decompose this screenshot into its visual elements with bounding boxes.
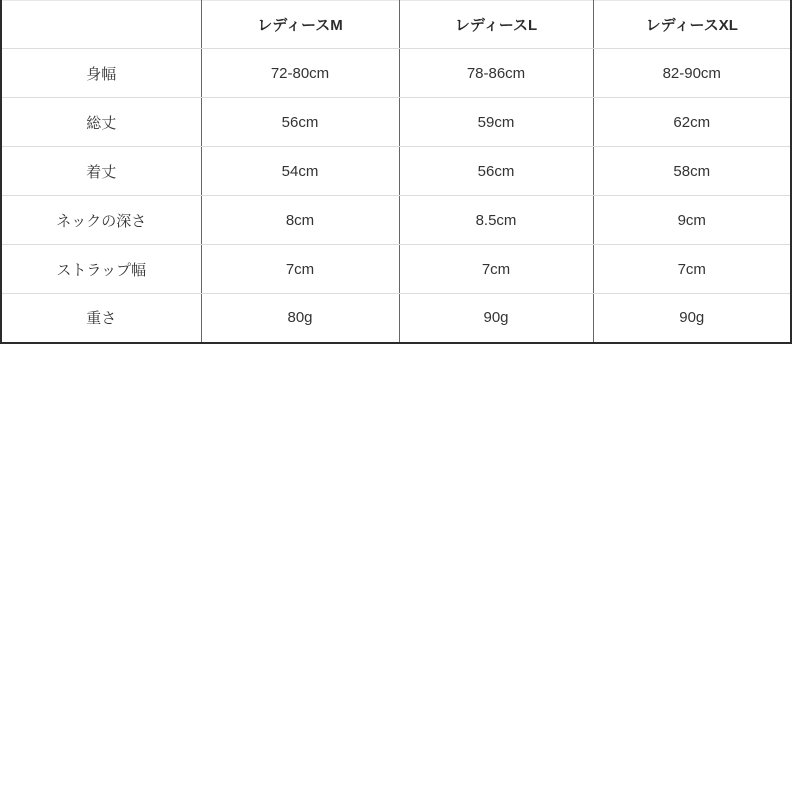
value-neck-depth-m: 8cm [201,196,399,245]
value-garment-length-xl: 58cm [593,147,791,196]
value-weight-m: 80g [201,294,399,343]
row-total-length: 総丈 56cm 59cm 62cm [1,98,791,147]
value-total-length-xl: 62cm [593,98,791,147]
value-body-width-xl: 82-90cm [593,49,791,98]
row-garment-length: 着丈 54cm 56cm 58cm [1,147,791,196]
value-neck-depth-xl: 9cm [593,196,791,245]
header-row: レディースM レディースL レディースXL [1,1,791,49]
value-weight-xl: 90g [593,294,791,343]
row-body-width: 身幅 72-80cm 78-86cm 82-90cm [1,49,791,98]
header-empty-cell [1,1,201,49]
value-body-width-m: 72-80cm [201,49,399,98]
row-label-strap-width: ストラップ幅 [1,245,201,294]
value-body-width-l: 78-86cm [399,49,593,98]
header-ladies-xl: レディースXL [593,1,791,49]
page: レディースM レディースL レディースXL 身幅 72-80cm 78-86cm… [0,0,800,800]
value-total-length-m: 56cm [201,98,399,147]
row-label-body-width: 身幅 [1,49,201,98]
value-weight-l: 90g [399,294,593,343]
header-ladies-m: レディースM [201,1,399,49]
header-ladies-l: レディースL [399,1,593,49]
row-label-neck-depth: ネックの深さ [1,196,201,245]
value-strap-width-xl: 7cm [593,245,791,294]
row-label-garment-length: 着丈 [1,147,201,196]
value-strap-width-l: 7cm [399,245,593,294]
row-label-total-length: 総丈 [1,98,201,147]
row-neck-depth: ネックの深さ 8cm 8.5cm 9cm [1,196,791,245]
value-neck-depth-l: 8.5cm [399,196,593,245]
row-weight: 重さ 80g 90g 90g [1,294,791,343]
row-strap-width: ストラップ幅 7cm 7cm 7cm [1,245,791,294]
size-chart-table: レディースM レディースL レディースXL 身幅 72-80cm 78-86cm… [0,0,792,344]
row-label-weight: 重さ [1,294,201,343]
value-garment-length-l: 56cm [399,147,593,196]
value-total-length-l: 59cm [399,98,593,147]
value-garment-length-m: 54cm [201,147,399,196]
value-strap-width-m: 7cm [201,245,399,294]
